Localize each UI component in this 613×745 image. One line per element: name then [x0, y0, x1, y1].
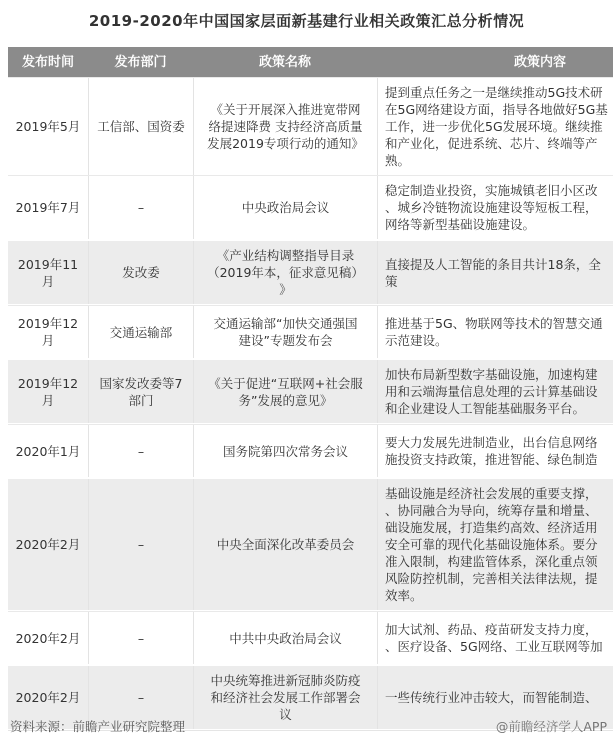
table-row: 2020年2月 – 中共中央政治局会议 加大试剂、药品、疫苗研发支持力度， 、医…: [8, 611, 613, 664]
cell-policy-name: 中央政治局会议: [193, 176, 377, 239]
cell-policy-content: 提到重点任务之一是继续推动5G技术研 在5G网络建设方面，指导各地做好5G基 工…: [377, 78, 613, 175]
cell-date: 2019年12月: [8, 360, 88, 423]
cell-department: –: [88, 479, 193, 610]
table-row: 2019年12月 交通运输部 交通运输部“加快交通强国 建设”专题发布会 推进基…: [8, 305, 613, 358]
policy-content-text: 加大试剂、药品、疫苗研发支持力度， 、医疗设备、5G网络、工业互联网等加: [385, 621, 613, 655]
cell-policy-content: 加快布局新型数字基础设施，加速构建 用和云端海量信息处理的云计算基础设 和企业建…: [377, 360, 613, 423]
cell-date: 2020年1月: [8, 425, 88, 477]
cell-date: 2019年7月: [8, 176, 88, 239]
policy-content-text: 推进基于5G、物联网等技术的智慧交通 示范建设。: [385, 315, 613, 349]
cell-policy-content: 加大试剂、药品、疫苗研发支持力度， 、医疗设备、5G网络、工业互联网等加: [377, 612, 613, 664]
credit-note: @前瞻经济学人APP: [496, 717, 607, 735]
cell-department: –: [88, 176, 193, 239]
cell-date: 2020年2月: [8, 479, 88, 610]
table-row: 2019年5月 工信部、国资委 《关于开展深入推进宽带网 络提速降费 支持经济高…: [8, 77, 613, 175]
policy-content-text: 要大力发展先进制造业，出台信息网络 施投资支持政策，推进智能、绿色制造: [385, 434, 613, 468]
cell-policy-name: 国务院第四次常务会议: [193, 425, 377, 477]
policy-content-text: 直接提及人工智能的条目共计18条，全 策: [385, 256, 613, 290]
cell-date: 2019年11月: [8, 241, 88, 304]
table-row: 2020年2月 – 中央全面深化改革委员会 基础设施是经济社会发展的重要支撑， …: [8, 477, 613, 611]
policy-name-text: 《关于开展深入推进宽带网 络提速降费 支持经济高质量 发展2019专项行动的通知…: [198, 101, 373, 152]
column-header-date: 发布时间: [8, 48, 88, 77]
cell-policy-name: 中央全面深化改革委员会: [193, 479, 377, 610]
cell-date: 2019年5月: [8, 78, 88, 175]
department-text: –: [93, 199, 189, 216]
cell-policy-name: 《关于促进“互联网+社会服 务”发展的意见》: [193, 360, 377, 423]
policy-name-text: 中央全面深化改革委员会: [198, 536, 373, 553]
cell-department: –: [88, 612, 193, 664]
cell-date: 2019年12月: [8, 306, 88, 358]
policy-content-text: 基础设施是经济社会发展的重要支撑， 、协同融合为导向，统筹存量和增量、 础设施发…: [385, 485, 613, 604]
page-title: 2019-2020年中国国家层面新基建行业相关政策汇总分析情况: [0, 10, 613, 31]
policy-table: 发布时间 发布部门 政策名称 政策内容 2019年5月 工信部、国资委 《关于开…: [8, 47, 613, 731]
cell-department: 国家发改委等7 部门: [88, 360, 193, 423]
report-figure: 前瞻产业研究院 前瞻产业研究院 前瞻产业研究院 前瞻产业研究院 前瞻产业研究院 …: [0, 0, 613, 745]
table-row: 2020年1月 – 国务院第四次常务会议 要大力发展先进制造业，出台信息网络 施…: [8, 424, 613, 477]
department-text: 工信部、国资委: [93, 118, 189, 135]
department-text: –: [93, 689, 189, 706]
policy-content-text: 提到重点任务之一是继续推动5G技术研 在5G网络建设方面，指导各地做好5G基 工…: [385, 84, 613, 169]
table-header-row: 发布时间 发布部门 政策名称 政策内容: [8, 47, 613, 77]
cell-policy-name: 《关于开展深入推进宽带网 络提速降费 支持经济高质量 发展2019专项行动的通知…: [193, 78, 377, 175]
policy-name-text: 交通运输部“加快交通强国 建设”专题发布会: [198, 315, 373, 349]
cell-policy-name: 中央统筹推进新冠肺炎防疫 和经济社会发展工作部署会 议: [193, 666, 377, 729]
cell-policy-content: 基础设施是经济社会发展的重要支撑， 、协同融合为导向，统筹存量和增量、 础设施发…: [377, 479, 613, 610]
table-row: 2019年12月 国家发改委等7 部门 《关于促进“互联网+社会服 务”发展的意…: [8, 358, 613, 424]
policy-name-text: 国务院第四次常务会议: [198, 443, 373, 460]
cell-policy-content: 直接提及人工智能的条目共计18条，全 策: [377, 241, 613, 304]
cell-policy-name: 中共中央政治局会议: [193, 612, 377, 664]
table-row: 2019年11月 发改委 《产业结构调整指导目录 （2019年本，征求意见稿） …: [8, 239, 613, 305]
department-text: –: [93, 536, 189, 553]
table-row: 2019年7月 – 中央政治局会议 稳定制造业投资，实施城镇老旧小区改 、城乡冷…: [8, 175, 613, 239]
policy-name-text: 《产业结构调整指导目录 （2019年本，征求意见稿） 》: [198, 247, 373, 298]
policy-name-text: 中央统筹推进新冠肺炎防疫 和经济社会发展工作部署会 议: [198, 672, 373, 723]
column-header-department: 发布部门: [88, 48, 193, 77]
cell-date: 2020年2月: [8, 612, 88, 664]
cell-policy-name: 交通运输部“加快交通强国 建设”专题发布会: [193, 306, 377, 358]
cell-policy-name: 《产业结构调整指导目录 （2019年本，征求意见稿） 》: [193, 241, 377, 304]
policy-content-text: 加快布局新型数字基础设施，加速构建 用和云端海量信息处理的云计算基础设 和企业建…: [385, 366, 613, 417]
cell-department: 发改委: [88, 241, 193, 304]
column-header-policy-name: 政策名称: [193, 48, 377, 77]
policy-name-text: 《关于促进“互联网+社会服 务”发展的意见》: [198, 375, 373, 409]
cell-department: 工信部、国资委: [88, 78, 193, 175]
department-text: 交通运输部: [93, 324, 189, 341]
policy-name-text: 中共中央政治局会议: [198, 630, 373, 647]
cell-department: 交通运输部: [88, 306, 193, 358]
cell-policy-content: 要大力发展先进制造业，出台信息网络 施投资支持政策，推进智能、绿色制造: [377, 425, 613, 477]
department-text: –: [93, 443, 189, 460]
cell-department: –: [88, 425, 193, 477]
department-text: –: [93, 630, 189, 647]
policy-content-text: 稳定制造业投资，实施城镇老旧小区改 、城乡冷链物流设施建设等短板工程， 网络等新…: [385, 182, 613, 233]
policy-name-text: 中央政治局会议: [198, 199, 373, 216]
source-note: 资料来源：前瞻产业研究院整理: [10, 717, 185, 735]
department-text: 国家发改委等7 部门: [93, 375, 189, 409]
policy-content-text: 一些传统行业冲击较大，而智能制造、: [385, 689, 613, 706]
cell-policy-content: 推进基于5G、物联网等技术的智慧交通 示范建设。: [377, 306, 613, 358]
cell-policy-content: 稳定制造业投资，实施城镇老旧小区改 、城乡冷链物流设施建设等短板工程， 网络等新…: [377, 176, 613, 239]
department-text: 发改委: [93, 264, 189, 281]
column-header-policy-content: 政策内容: [377, 48, 613, 77]
table-body: 2019年5月 工信部、国资委 《关于开展深入推进宽带网 络提速降费 支持经济高…: [8, 77, 613, 731]
